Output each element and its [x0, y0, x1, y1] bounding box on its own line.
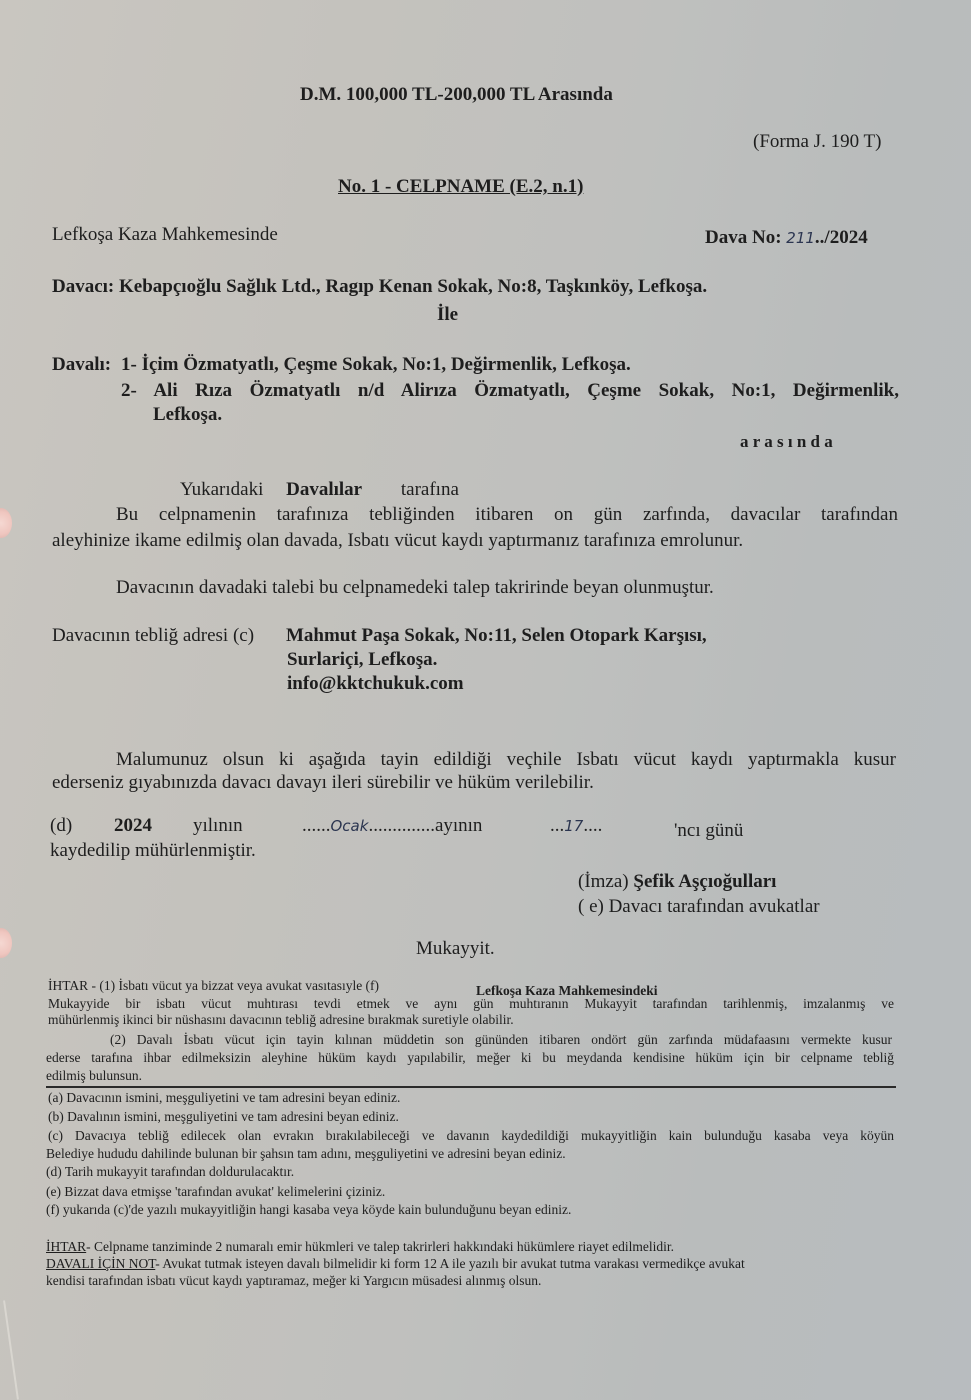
warning-line-1: Malumunuz olsun ki aşağıda tayin edildiğ… [116, 749, 896, 771]
defendant-2-city: Lefkoşa. [153, 404, 222, 426]
registered-text: kaydedilip mühürlenmiştir. [50, 840, 256, 862]
order-line-2: aleyhinize ikame edilmiş olan davada, Is… [52, 530, 743, 552]
service-address-line-2: Surlariçi, Lefkoşa. [287, 649, 437, 671]
value-range: D.M. 100,000 TL-200,000 TL Arasında [300, 84, 613, 106]
ihtar-1-line-3: mühürlenmiş ikinci bir nüshasını davacın… [48, 1012, 514, 1027]
date-month-field: ......Ocak..............ayının [302, 815, 482, 837]
punch-hole [0, 508, 12, 538]
dots: .... [583, 815, 602, 836]
ihtar-2-line-2: ederse tarafına ihbar edilmeksizin aleyh… [46, 1050, 894, 1065]
between-label: a r a s ı n d a [740, 432, 833, 452]
punch-hole [0, 928, 12, 958]
signature-role: ( e) Davacı tarafından avukatlar [578, 896, 820, 918]
case-number-year: ../2024 [815, 227, 868, 248]
footnote-c: (c) Davacıya tebliğ edilecek olan evrakı… [48, 1128, 894, 1143]
footnote-e: (e) Bizzat dava etmişse 'tarafından avuk… [46, 1184, 385, 1199]
date-day-label: 'ncı günü [674, 820, 743, 842]
addressee-line: Yukarıdaki Davalılar tarafına [180, 479, 459, 501]
date-marker: (d) [50, 815, 72, 837]
final-ihtar: İHTAR- Celpname tanziminde 2 numaralı em… [46, 1239, 674, 1254]
month-label: ayının [435, 815, 483, 836]
separator-line [46, 1086, 896, 1088]
date-year-label: yılının [193, 815, 243, 837]
dots: ... [550, 815, 564, 836]
case-number-label: Dava No: [705, 227, 782, 248]
final-ihtar-label: İHTAR [46, 1239, 86, 1254]
order-line-1: Bu celpnamenin tarafınıza tebliğinden it… [116, 504, 898, 526]
signature-line: (İmza) Şefik Aşçıoğulları [578, 871, 776, 893]
defendant-note-line-1: - Avukat tutmak isteyen davalı bilmelidi… [155, 1256, 744, 1271]
case-number-handwritten: 211 [786, 229, 815, 247]
defendant-2: 2- Ali Rıza Özmatyatlı n/d Alirıza Özmat… [121, 380, 899, 402]
addressee-post: tarafına [401, 479, 459, 500]
signature-name: Şefik Aşçıoğulları [633, 871, 776, 892]
paper-fold [3, 1300, 19, 1399]
ihtar-2-line-1: (2) Davalı İsbatı vücut için tayin kılın… [110, 1032, 892, 1047]
service-address-line-1: Mahmut Paşa Sokak, No:11, Selen Otopark … [286, 625, 707, 647]
ihtar-2-line-3: edilmiş bulunsun. [46, 1068, 142, 1083]
ihtar-1-line-2: Mukayyide bir isbatı vücut muhtırası tev… [48, 996, 894, 1011]
service-email: info@kktchukuk.com [287, 673, 464, 695]
date-day-field: ...17.... [550, 815, 602, 837]
dots: ...... [302, 815, 331, 836]
ihtar-1-lead: İHTAR - (1) İsbatı vücut ya bizzat veya … [48, 978, 379, 993]
day-handwritten: 17 [564, 817, 583, 835]
plaintiff: Davacı: Kebapçıoğlu Sağlık Ltd., Ragıp K… [52, 276, 707, 298]
claim-statement: Davacının davadaki talebi bu celpnamedek… [116, 577, 714, 599]
defendant-note: DAVALI İÇİN NOT- Avukat tutmak isteyen d… [46, 1256, 896, 1271]
dots: .............. [368, 815, 435, 836]
form-reference: (Forma J. 190 T) [753, 131, 881, 153]
document-title: No. 1 - CELPNAME (E.2, n.1) [338, 176, 583, 198]
defendant-1: 1- İçim Özmatyatlı, Çeşme Sokak, No:1, D… [121, 354, 631, 376]
signature-label: (İmza) [578, 871, 629, 892]
service-address-label: Davacının tebliğ adresi (c) [52, 625, 254, 647]
footnote-c-continued: Belediye hududu dahilinde bulunan bir şa… [46, 1146, 566, 1161]
addressee-pre: Yukarıdaki [180, 479, 263, 500]
defendant-label: Davalı: [52, 354, 111, 376]
registrar-label: Mukayyit. [416, 938, 495, 960]
summons-document: D.M. 100,000 TL-200,000 TL Arasında (For… [0, 0, 971, 1400]
case-number: Dava No: 211../2024 [705, 227, 868, 249]
footnote-b: (b) Davalının ismini, meşguliyetini ve t… [48, 1109, 399, 1124]
conjunction: İle [437, 304, 458, 326]
final-ihtar-text: - Celpname tanziminde 2 numaralı emir hü… [86, 1239, 674, 1254]
footnote-d: (d) Tarih mukayyit tarafından doldurulac… [46, 1164, 294, 1179]
defendant-note-line-2: kendisi tarafından isbatı vücut kaydı ya… [46, 1273, 541, 1288]
footnote-a: (a) Davacının ismini, meşguliyetini ve t… [48, 1090, 400, 1105]
footnote-f: (f) yukarıda (c)'de yazılı mukayyitliğin… [46, 1202, 571, 1217]
defendant-note-label: DAVALI İÇİN NOT [46, 1256, 155, 1271]
date-year: 2024 [114, 815, 152, 837]
month-handwritten: Ocak [331, 817, 369, 835]
warning-line-2: ederseniz gıyabınızda davacı davayı iler… [52, 772, 594, 794]
court-name: Lefkoşa Kaza Mahkemesinde [52, 224, 278, 246]
addressee: Davalılar [286, 479, 362, 500]
